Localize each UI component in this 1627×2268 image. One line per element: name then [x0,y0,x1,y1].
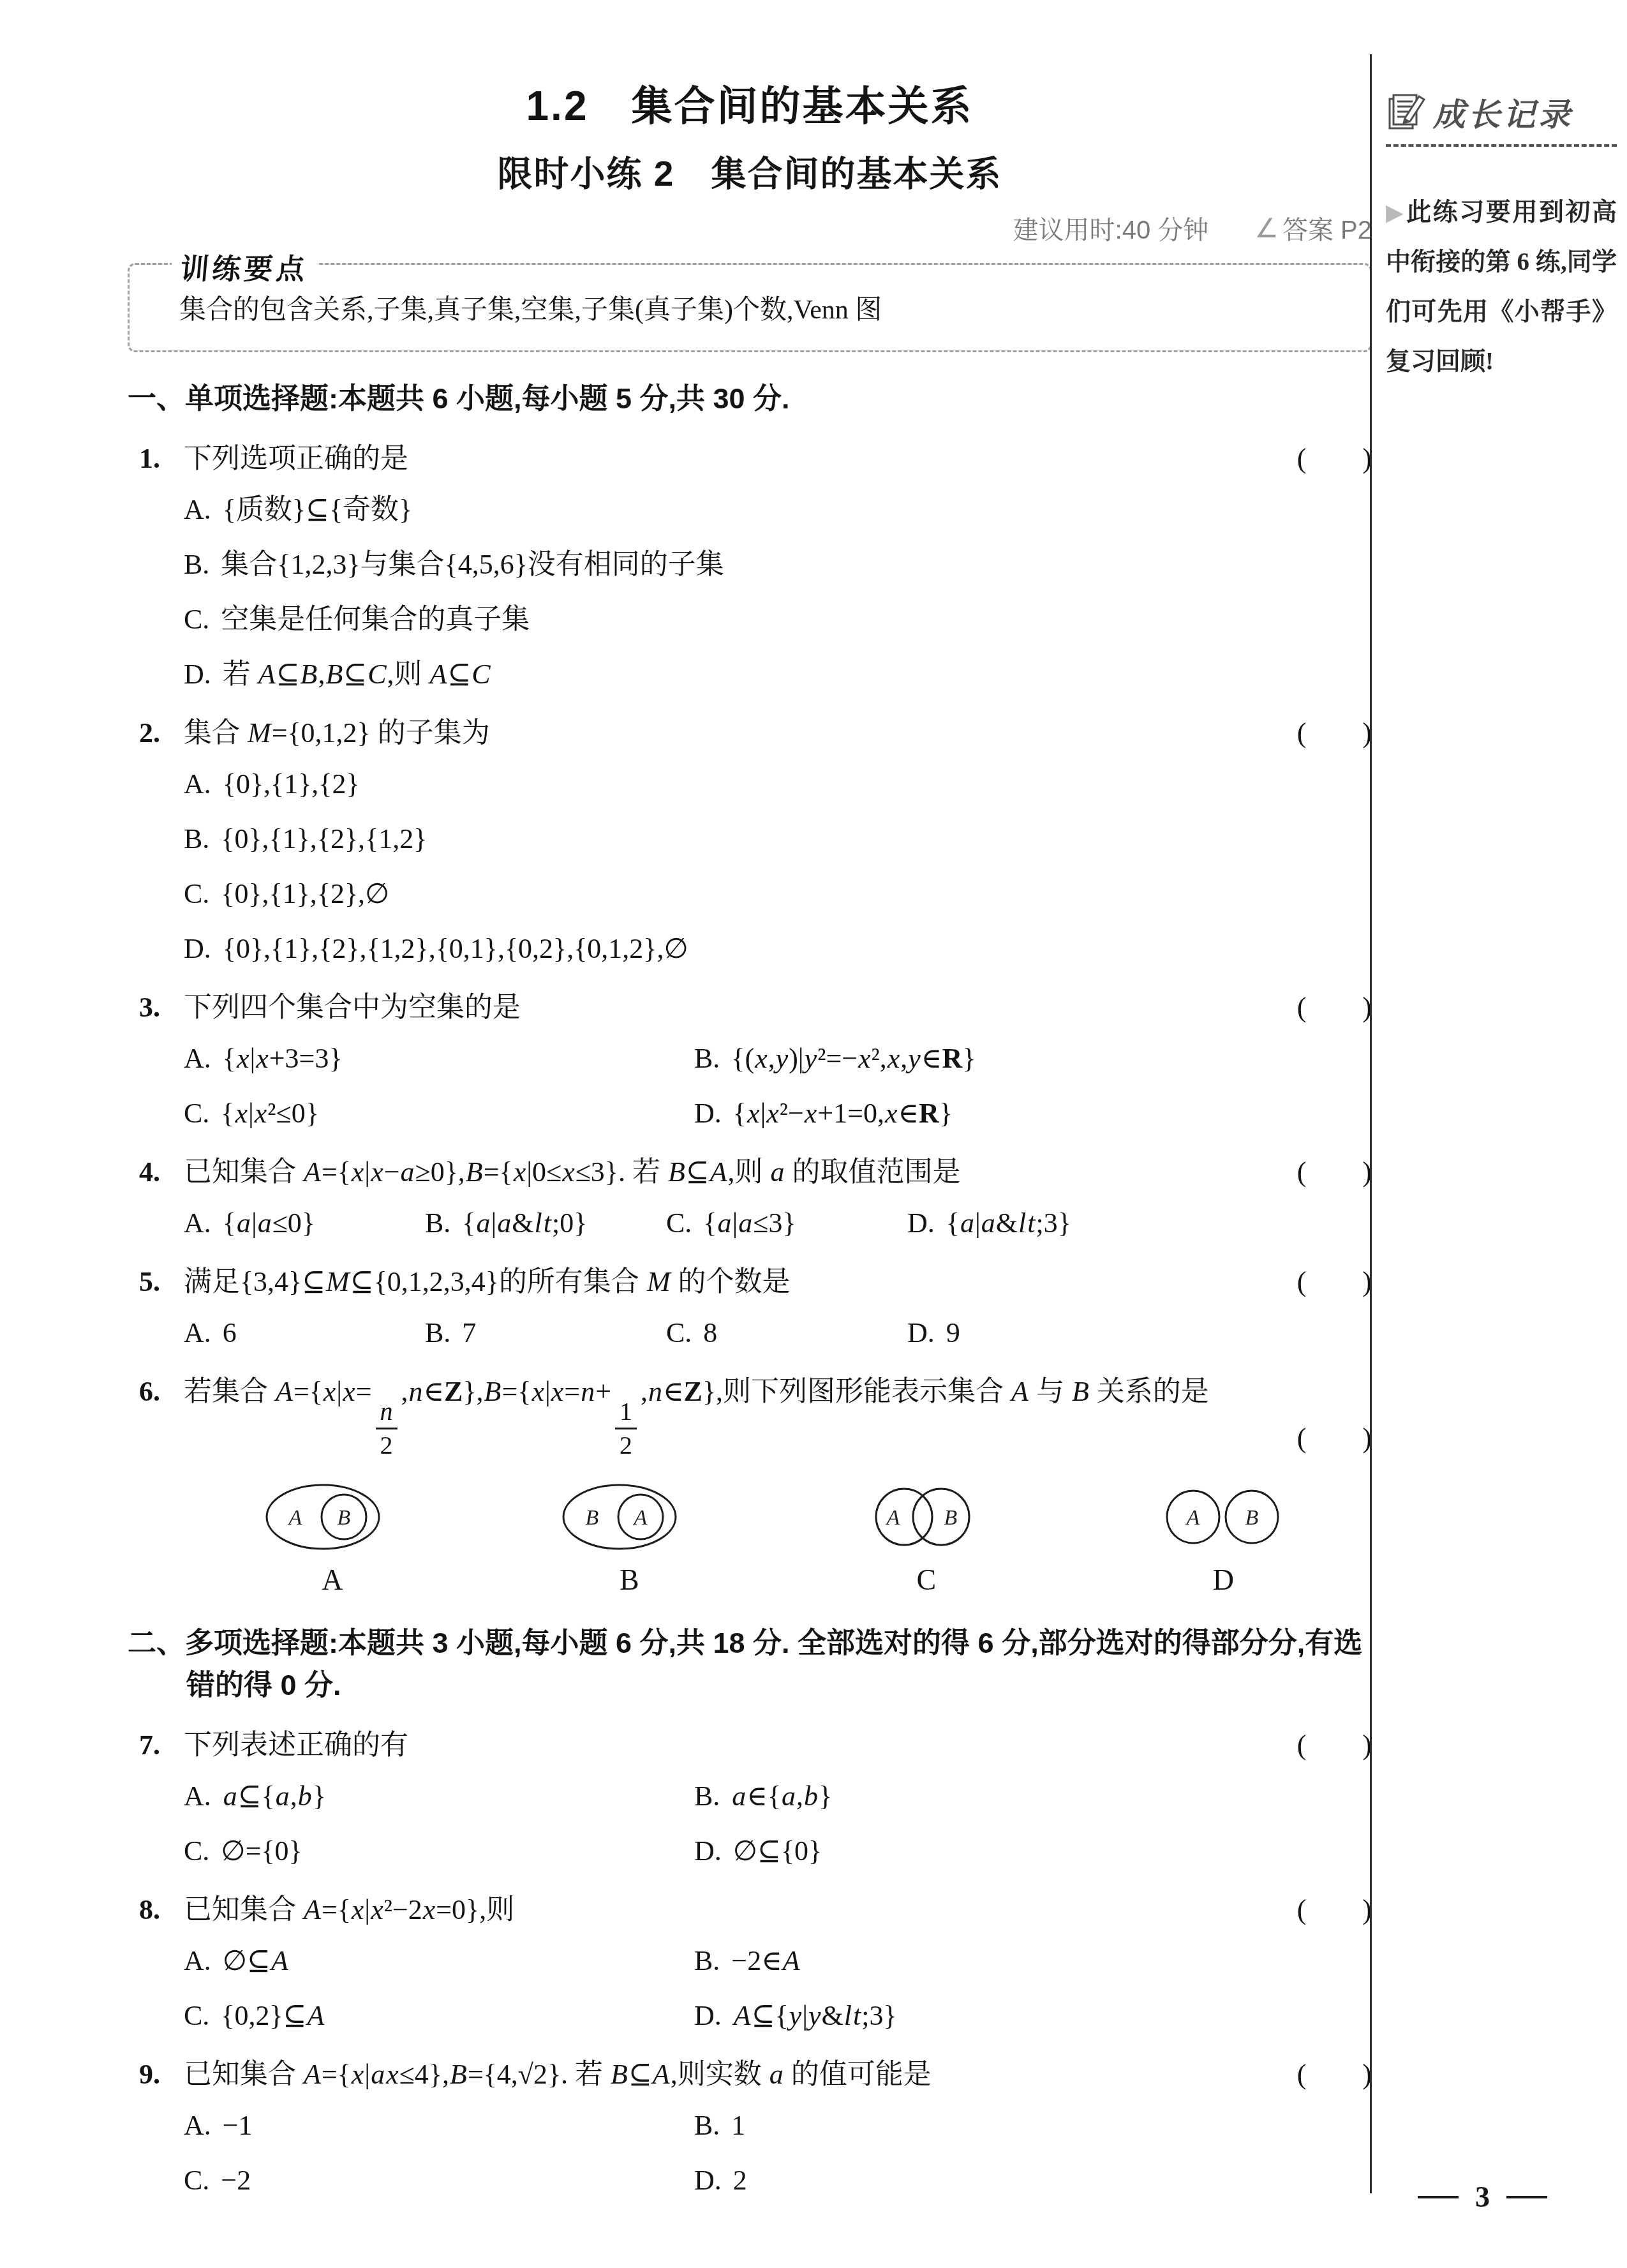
math-expression: a⊆{a,b} [223,1780,326,1812]
option-label: D. [907,1207,935,1239]
option: B.1 [694,2106,1372,2145]
text-segment: 与 [1029,1376,1071,1407]
answer-blank: ( ) [1297,1261,1372,1303]
option-label: A. [184,1207,211,1239]
math-expression: 1 [731,2110,745,2141]
math-expression: 2 [733,2165,747,2196]
options-list: A.{质数}⊆{奇数}B.集合{1,2,3}与集合{4,5,6}没有相同的子集C… [184,490,1372,694]
text-segment: 若 [568,2059,610,2090]
option: C.−2 [184,2161,694,2200]
main-column: 1.2 集合间的基本关系 限时小练 2 集合间的基本关系 建议用时:40 分钟 … [128,82,1372,2200]
option: D.{0},{1},{2},{1,2},{0,1},{0,2},{0,1,2},… [184,929,1372,969]
footer-dash-left [1418,2196,1459,2198]
key-points-label: 训练要点 [170,246,319,287]
question-number: 1. [128,438,184,480]
option-label: C. [666,1317,692,1348]
option-body: {质数}⊆{奇数} [223,494,412,525]
math-expression: A⊆C [429,659,491,690]
options-list: A.a⊆{a,b}B.a∈{a,b}C.∅={0}D.∅⊆{0} [184,1777,1372,1871]
options-list: A.−1B.1C.−2D.2 [184,2106,1372,2200]
answer-blank: ( ) [1297,987,1372,1029]
text-segment: 满足 [184,1266,240,1297]
question-head: 9.已知集合 A={x|ax≤4},B={4,√2}. 若 B⊆A,则实数 a … [128,2054,1372,2096]
option: C.8 [666,1313,907,1353]
math-expression: 9 [946,1317,960,1348]
venn-diagram-icon: BA [556,1481,702,1553]
text-segment: 关系的是 [1090,1376,1209,1407]
option: A.a⊆{a,b} [184,1777,694,1816]
option-label: B. [425,1317,450,1348]
text-segment: ,则下列图形能表示集合 [716,1376,1011,1407]
venn-diagram-options: ABABABABCABD [184,1481,1372,1597]
sidebar-note: ▶此练习要用到初高中衔接的第 6 练,同学们可先用《小帮手》复习回顾! [1386,188,1617,387]
option-label: A. [184,1317,211,1348]
answer-blank: ( ) [1297,1889,1372,1931]
option-body: {x|x+3=3} [223,1043,343,1074]
venn-option-label: A [184,1563,481,1597]
math-expression: {0},{1},{2} [223,768,360,800]
option: A.−1 [184,2106,694,2145]
question: 9.已知集合 A={x|ax≤4},B={4,√2}. 若 B⊆A,则实数 a … [128,2054,1372,2200]
option: A.{a|a≤0} [184,1204,425,1243]
math-expression: A={x|x²−2x=0} [303,1894,479,1925]
option: D.若 A⊆B,B⊆C,则 A⊆C [184,655,1372,694]
text-segment: 的个数是 [671,1266,791,1297]
math-expression: ∅={0} [221,1835,302,1867]
answer-blank: ( ) [1297,1724,1372,1766]
growth-record-label: 成长记录 [1433,89,1573,135]
math-expression: ∅⊆A [223,1945,289,1976]
text-segment: 的取值范围是 [785,1156,961,1188]
question: 7.下列表述正确的有( )A.a⊆{a,b}B.a∈{a,b}C.∅={0}D.… [128,1724,1372,1871]
option: B.7 [425,1313,666,1353]
option-label: C. [666,1207,692,1239]
svg-text:A: A [633,1506,648,1530]
option: A.{质数}⊆{奇数} [184,490,1372,530]
math-expression: M={0,1,2} [247,717,371,749]
option-label: A. [184,1043,211,1074]
question-head: 3.下列四个集合中为空集的是( ) [128,987,1372,1029]
practice-title: 限时小练 2 集合间的基本关系 [128,153,1372,195]
answer-arrow-icon: ∠ [1254,213,1279,244]
option: D.9 [907,1313,1372,1353]
option-body: {x|x²≤0} [221,1098,318,1129]
venn-figure-b: BAB [481,1481,778,1597]
question-number: 5. [128,1261,184,1303]
svg-text:B: B [337,1506,350,1530]
text-segment: ,则 [479,1894,514,1925]
option-label: D. [184,659,211,690]
option-label: C. [184,2000,209,2031]
question: 1.下列选项正确的是( )A.{质数}⊆{奇数}B.集合{1,2,3}与集合{4… [128,438,1372,694]
option-label: D. [694,1098,722,1129]
question-head: 7.下列表述正确的有( ) [128,1724,1372,1766]
option-body: {0},{1},{2},∅ [221,878,389,909]
answer-reference: ∠ 答案 P2 [1254,210,1372,246]
question-stem: 下列选项正确的是 [184,438,1247,480]
options-list: A.{0},{1},{2}B.{0},{1},{2},{1,2}C.{0},{1… [184,765,1372,969]
math-expression: {0,2}⊆A [221,2000,325,2031]
svg-text:A: A [1185,1506,1200,1530]
option-body: 7 [462,1317,476,1348]
option-label: C. [184,1098,209,1129]
question: 8.已知集合 A={x|x²−2x=0},则( )A.∅⊆AB.−2∈AC.{0… [128,1889,1372,2036]
option: A.{x|x+3=3} [184,1039,694,1078]
growth-record-header: 成长记录 [1386,89,1617,147]
option: B.{0},{1},{2},{1,2} [184,819,1372,859]
option: C.{x|x²≤0} [184,1094,694,1133]
text-segment: 下列选项正确的是 [184,443,408,474]
math-expression: {a|a≤3} [703,1207,796,1239]
math-expression: −2 [221,2165,251,2196]
option-label: B. [694,1945,720,1976]
option-label: A. [184,768,211,800]
note-triangle-icon: ▶ [1386,200,1405,225]
math-expression: B [1071,1376,1090,1407]
option-body: {0},{1},{2},{1,2} [221,823,427,854]
footer-dash-right [1506,2196,1547,2198]
option-label: D. [694,2165,722,2196]
math-expression: ∅⊆{0} [733,1835,822,1867]
option-body: ∅⊆A [223,1945,289,1976]
venn-option-label: C [778,1563,1075,1597]
question-stem: 已知集合 A={x|ax≤4},B={4,√2}. 若 B⊆A,则实数 a 的值… [184,2054,1247,2096]
venn-diagram-icon: AB [853,1481,1000,1553]
text-segment: ,则实数 [671,2059,769,2090]
text-segment: 已知集合 [184,2059,303,2090]
options-list: A.6B.7C.8D.9 [184,1313,1372,1353]
section-header: 一、单项选择题:本题共 6 小题,每小题 5 分,共 30 分. [128,378,1372,420]
option-body: {0,2}⊆A [221,2000,325,2031]
option-body: {a|a≤3} [703,1207,796,1239]
option-body: 空集是任何集合的真子集 [221,604,530,635]
page-footer: 3 [1418,2180,1547,2214]
section-header: 二、多项选择题:本题共 3 小题,每小题 6 分,共 18 分. 全部选对的得 … [128,1622,1372,1706]
option-body: {0},{1},{2} [223,768,360,800]
venn-option-label: D [1075,1563,1372,1597]
option-body: {(x,y)|y²=−x²,x,y∈R} [731,1043,976,1074]
math-expression: {a|a≤0} [223,1207,315,1239]
option-label: D. [184,933,211,964]
svg-text:A: A [885,1506,900,1530]
question-stem: 下列四个集合中为空集的是 [184,987,1247,1029]
option-body: 1 [731,2110,745,2141]
option: C.∅={0} [184,1832,694,1871]
answer-blank: ( ) [1297,1151,1372,1193]
option: D.{x|x²−x+1=0,x∈R} [694,1094,1372,1133]
text-segment: 若 [223,659,258,690]
option: A.6 [184,1313,425,1353]
option: D.∅⊆{0} [694,1832,1372,1871]
venn-diagram-icon: AB [1150,1481,1296,1553]
question: 3.下列四个集合中为空集的是( )A.{x|x+3=3}B.{(x,y)|y²=… [128,987,1372,1133]
option: B.集合{1,2,3}与集合{4,5,6}没有相同的子集 [184,545,1372,585]
math-expression: 8 [703,1317,717,1348]
math-expression: A={x|ax≤4},B={4,√2}. [303,2059,568,2090]
meta-line: 建议用时:40 分钟 ∠ 答案 P2 [128,210,1372,246]
option-label: C. [184,2165,209,2196]
venn-figure-a: ABA [184,1481,481,1597]
key-points-box: 训练要点 集合的包含关系,子集,真子集,空集,子集(真子集)个数,Venn 图 [128,263,1372,353]
math-expression: ,n∈Z} [641,1376,716,1407]
worksheet-page: { "page": { "title": "1.2 集合间的基本关系", "su… [0,0,1627,2268]
math-expression: {3,4}⊆M⊆{0,1,2,3,4} [240,1266,499,1297]
option-label: B. [694,1043,720,1074]
option-label: C. [184,1835,209,1867]
question-head: 2.集合 M={0,1,2} 的子集为( ) [128,712,1372,754]
math-expression: A⊆B,B⊆C [258,659,387,690]
math-expression: {a|a&lt;0} [462,1207,587,1239]
notebook-pencil-icon [1386,91,1427,135]
text-segment: 空集是任何集合的真子集 [221,604,530,635]
sidebar-divider-line [1370,54,1372,2193]
option-body: ∅={0} [221,1835,302,1867]
svg-text:B: B [586,1506,599,1530]
page-title: 1.2 集合间的基本关系 [128,82,1372,131]
option-label: B. [184,549,209,580]
math-expression: {x|x²≤0} [221,1098,318,1129]
text-segment: 下列表述正确的有 [184,1729,408,1761]
option-label: D. [694,1835,722,1867]
math-expression: {x|x²−x+1=0,x∈R} [733,1098,953,1129]
option-label: B. [425,1207,450,1239]
option: B.−2∈A [694,1941,1372,1981]
math-expression: {0},{1},{2},{1,2},{0,1},{0,2},{0,1,2},∅ [223,933,688,964]
text-segment: 集合 [184,717,247,749]
option-body: a⊆{a,b} [223,1780,326,1812]
option-body: {0},{1},{2},{1,2},{0,1},{0,2},{0,1,2},∅ [223,933,688,964]
text-segment: 若集合 [184,1376,275,1407]
option-body: −2∈A [731,1945,800,1976]
text-segment: {质数}⊆{奇数} [223,494,412,525]
option-body: {x|x²−x+1=0,x∈R} [733,1098,953,1129]
math-expression: B⊆A [667,1156,728,1188]
option: B.{(x,y)|y²=−x²,x,y∈R} [694,1039,1372,1078]
option-body: −2 [221,2165,251,2196]
text-segment: ,则 [728,1156,770,1188]
fraction: 12 [615,1398,637,1459]
options-list: A.∅⊆AB.−2∈AC.{0,2}⊆AD.A⊆{y|y&lt;3} [184,1941,1372,2036]
text-segment: 下列四个集合中为空集的是 [184,992,521,1023]
math-expression: −2∈A [731,1945,800,1976]
math-expression: {(x,y)|y²=−x²,x,y∈R} [731,1043,976,1074]
option: D.{a|a&lt;3} [907,1204,1372,1243]
option-body: 9 [946,1317,960,1348]
text-segment: 的子集为 [371,717,490,749]
option-label: B. [694,2110,720,2141]
option-label: A. [184,2110,211,2141]
question: 6.若集合 A={x|x=n2,n∈Z},B={x|x=n+12,n∈Z},则下… [128,1371,1372,1597]
question-number: 4. [128,1151,184,1193]
option-body: a∈{a,b} [731,1780,832,1812]
question-stem: 下列表述正确的有 [184,1724,1247,1766]
option-label: B. [184,823,209,854]
sidebar-note-text: 此练习要用到初高中衔接的第 6 练,同学们可先用《小帮手》复习回顾! [1386,198,1617,375]
svg-text:A: A [287,1506,302,1530]
option: A.∅⊆A [184,1941,694,1981]
option-label: C. [184,604,209,635]
question-stem: 若集合 A={x|x=n2,n∈Z},B={x|x=n+12,n∈Z},则下列图… [184,1371,1247,1459]
math-expression: {x|x+3=3} [223,1043,343,1074]
option: A.{0},{1},{2} [184,765,1372,804]
text-segment: ,则 [387,659,429,690]
text-segment: 若 [625,1156,667,1188]
option-label: A. [184,1780,211,1812]
question: 4.已知集合 A={x|x−a≥0},B={x|0≤x≤3}. 若 B⊆A,则 … [128,1151,1372,1243]
svg-text:B: B [1245,1506,1259,1530]
question-head: 6.若集合 A={x|x=n2,n∈Z},B={x|x=n+12,n∈Z},则下… [128,1371,1372,1459]
option-label: C. [184,878,209,909]
question-number: 8. [128,1889,184,1931]
math-expression: ,n∈Z},B={x|x=n+ [401,1376,611,1407]
question-head: 5.满足{3,4}⊆M⊆{0,1,2,3,4}的所有集合 M 的个数是( ) [128,1261,1372,1303]
math-expression: A [1011,1376,1029,1407]
option-label: A. [184,1945,211,1976]
question-head: 8.已知集合 A={x|x²−2x=0},则( ) [128,1889,1372,1931]
option: C.{a|a≤3} [666,1204,907,1243]
text-segment: 集合{1,2,3}与集合{4,5,6}没有相同的子集 [221,549,724,580]
option-body: 8 [703,1317,717,1348]
options-list: A.{a|a≤0}B.{a|a&lt;0}C.{a|a≤3}D.{a|a&lt;… [184,1204,1372,1243]
svg-text:B: B [944,1506,957,1530]
sidebar: 成长记录 ▶此练习要用到初高中衔接的第 6 练,同学们可先用《小帮手》复习回顾! [1386,89,1617,387]
math-expression: 7 [462,1317,476,1348]
text-segment: 已知集合 [184,1156,303,1188]
math-expression: −1 [223,2110,253,2141]
math-expression: A={x|x= [275,1376,372,1407]
option-body: −1 [223,2110,253,2141]
question-stem: 已知集合 A={x|x²−2x=0},则 [184,1889,1247,1931]
option-body: 若 A⊆B,B⊆C,则 A⊆C [223,659,491,690]
question-number: 3. [128,987,184,1029]
key-points-text: 集合的包含关系,子集,真子集,空集,子集(真子集)个数,Venn 图 [179,293,1332,328]
option-body: {a|a&lt;3} [946,1207,1071,1239]
answer-blank: ( ) [1297,712,1372,754]
answer-reference-label: 答案 P2 [1282,210,1372,246]
suggested-time: 建议用时:40 分钟 [1013,210,1209,246]
answer-blank: ( ) [1297,2054,1372,2096]
option: B.a∈{a,b} [694,1777,1372,1816]
question-head: 1.下列选项正确的是( ) [128,438,1372,480]
math-expression: {0},{1},{2},∅ [221,878,389,909]
option-body: 集合{1,2,3}与集合{4,5,6}没有相同的子集 [221,549,724,580]
option-label: B. [694,1780,720,1812]
option-body: {a|a≤0} [223,1207,315,1239]
text-segment: 已知集合 [184,1894,303,1925]
option-body: {a|a&lt;0} [462,1207,587,1239]
math-expression: {a|a&lt;3} [946,1207,1071,1239]
question-stem: 已知集合 A={x|x−a≥0},B={x|0≤x≤3}. 若 B⊆A,则 a … [184,1151,1247,1193]
question: 2.集合 M={0,1,2} 的子集为( )A.{0},{1},{2}B.{0}… [128,712,1372,969]
venn-option-label: B [481,1563,778,1597]
option: D.A⊆{y|y&lt;3} [694,1996,1372,2036]
question-number: 9. [128,2054,184,2096]
option-body: 6 [223,1317,237,1348]
question: 5.满足{3,4}⊆M⊆{0,1,2,3,4}的所有集合 M 的个数是( )A.… [128,1261,1372,1353]
venn-diagram-icon: AB [259,1481,406,1553]
option-label: D. [694,2000,722,2031]
option: C.{0,2}⊆A [184,1996,694,2036]
fraction: n2 [376,1398,397,1459]
math-expression: a [769,2059,784,2090]
question-number: 6. [128,1371,184,1459]
option: C.空集是任何集合的真子集 [184,600,1372,639]
question-stem: 集合 M={0,1,2} 的子集为 [184,712,1247,754]
option-label: D. [907,1317,935,1348]
math-expression: 6 [223,1317,237,1348]
page-number: 3 [1475,2180,1490,2214]
math-expression: M [646,1266,671,1297]
venn-figure-d: ABD [1075,1481,1372,1597]
math-expression: A={x|x−a≥0},B={x|0≤x≤3}. [303,1156,625,1188]
answer-blank: ( ) [1297,438,1372,480]
option-body: A⊆{y|y&lt;3} [733,2000,897,2031]
answer-blank: ( ) [1297,1417,1372,1459]
options-list: A.{x|x+3=3}B.{(x,y)|y²=−x²,x,y∈R}C.{x|x²… [184,1039,1372,1133]
venn-figure-c: ABC [778,1481,1075,1597]
math-expression: B⊆A [610,2059,671,2090]
question-head: 4.已知集合 A={x|x−a≥0},B={x|0≤x≤3}. 若 B⊆A,则 … [128,1151,1372,1193]
math-expression: {0},{1},{2},{1,2} [221,823,427,854]
text-segment: 的值可能是 [784,2059,932,2090]
question-number: 2. [128,712,184,754]
math-expression: a∈{a,b} [731,1780,832,1812]
math-expression: a [770,1156,785,1188]
option: D.2 [694,2161,1372,2200]
option-body: ∅⊆{0} [733,1835,822,1867]
text-segment: 的所有集合 [499,1266,646,1297]
option-body: 2 [733,2165,747,2196]
option-label: A. [184,494,211,525]
math-expression: A⊆{y|y&lt;3} [733,2000,897,2031]
option: B.{a|a&lt;0} [425,1204,666,1243]
sections: 一、单项选择题:本题共 6 小题,每小题 5 分,共 30 分.1.下列选项正确… [128,378,1372,2200]
question-number: 7. [128,1724,184,1766]
question-stem: 满足{3,4}⊆M⊆{0,1,2,3,4}的所有集合 M 的个数是 [184,1261,1247,1303]
option: C.{0},{1},{2},∅ [184,874,1372,914]
